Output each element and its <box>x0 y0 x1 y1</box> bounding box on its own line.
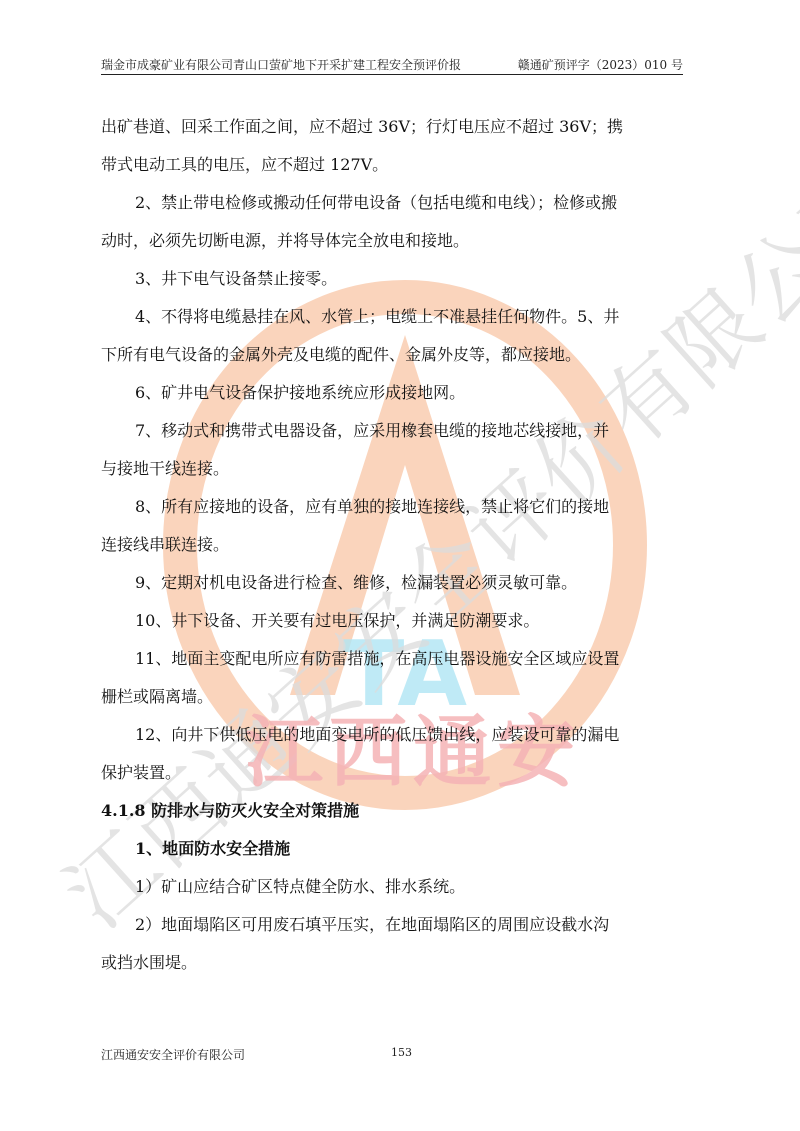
document-body: 出矿巷道、回采工作面之间，应不超过 36V；行灯电压应不超过 36V；携带式电动… <box>101 108 701 982</box>
paragraph-line: 7、移动式和携带式电器设备，应采用橡套电缆的接地芯线接地，并 <box>101 412 701 450</box>
paragraph-line: 出矿巷道、回采工作面之间，应不超过 36V；行灯电压应不超过 36V；携 <box>101 108 701 146</box>
page-number: 153 <box>391 1046 412 1059</box>
paragraph-line: 11、地面主变配电所应有防雷措施，在高压电器设施安全区域应设置 <box>101 640 701 678</box>
paragraph-line: 下所有电气设备的金属外壳及电缆的配件、金属外皮等，都应接地。 <box>101 336 701 374</box>
paragraph-line: 10、井下设备、开关要有过电压保护，并满足防潮要求。 <box>101 602 701 640</box>
section-heading: 1、地面防水安全措施 <box>101 830 701 868</box>
paragraph-line: 带式电动工具的电压，应不超过 127V。 <box>101 146 701 184</box>
paragraph-line: 或挡水围堤。 <box>101 944 701 982</box>
paragraph-line: 动时，必须先切断电源，并将导体完全放电和接地。 <box>101 222 701 260</box>
header-title: 瑞金市成豪矿业有限公司青山口萤矿地下开采扩建工程安全预评价报 <box>101 56 461 73</box>
paragraph-line: 9、定期对机电设备进行检查、维修，检漏装置必须灵敏可靠。 <box>101 564 701 602</box>
paragraph-line: 12、向井下供低压电的地面变电所的低压馈出线，应装设可靠的漏电 <box>101 716 701 754</box>
paragraph-line: 4、不得将电缆悬挂在风、水管上；电缆上不准悬挂任何物件。5、井 <box>101 298 701 336</box>
paragraph-line: 8、所有应接地的设备，应有单独的接地连接线，禁止将它们的接地 <box>101 488 701 526</box>
header-doc-number: 赣通矿预评字（2023）010 号 <box>518 56 683 73</box>
section-heading: 4.1.8 防排水与防灭火安全对策措施 <box>101 792 701 830</box>
paragraph-line: 栅栏或隔离墙。 <box>101 678 701 716</box>
paragraph-line: 连接线串联连接。 <box>101 526 701 564</box>
page-header: 瑞金市成豪矿业有限公司青山口萤矿地下开采扩建工程安全预评价报 赣通矿预评字（20… <box>101 52 683 75</box>
paragraph-line: 与接地干线连接。 <box>101 450 701 488</box>
paragraph-line: 1）矿山应结合矿区特点健全防水、排水系统。 <box>101 868 701 906</box>
paragraph-line: 2）地面塌陷区可用废石填平压实，在地面塌陷区的周围应设截水沟 <box>101 906 701 944</box>
paragraph-line: 3、井下电气设备禁止接零。 <box>101 260 701 298</box>
footer-company: 江西通安安全评价有限公司 <box>101 1046 245 1063</box>
paragraph-line: 保护装置。 <box>101 754 701 792</box>
paragraph-line: 2、禁止带电检修或搬动任何带电设备（包括电缆和电线）；检修或搬 <box>101 184 701 222</box>
paragraph-line: 6、矿井电气设备保护接地系统应形成接地网。 <box>101 374 701 412</box>
